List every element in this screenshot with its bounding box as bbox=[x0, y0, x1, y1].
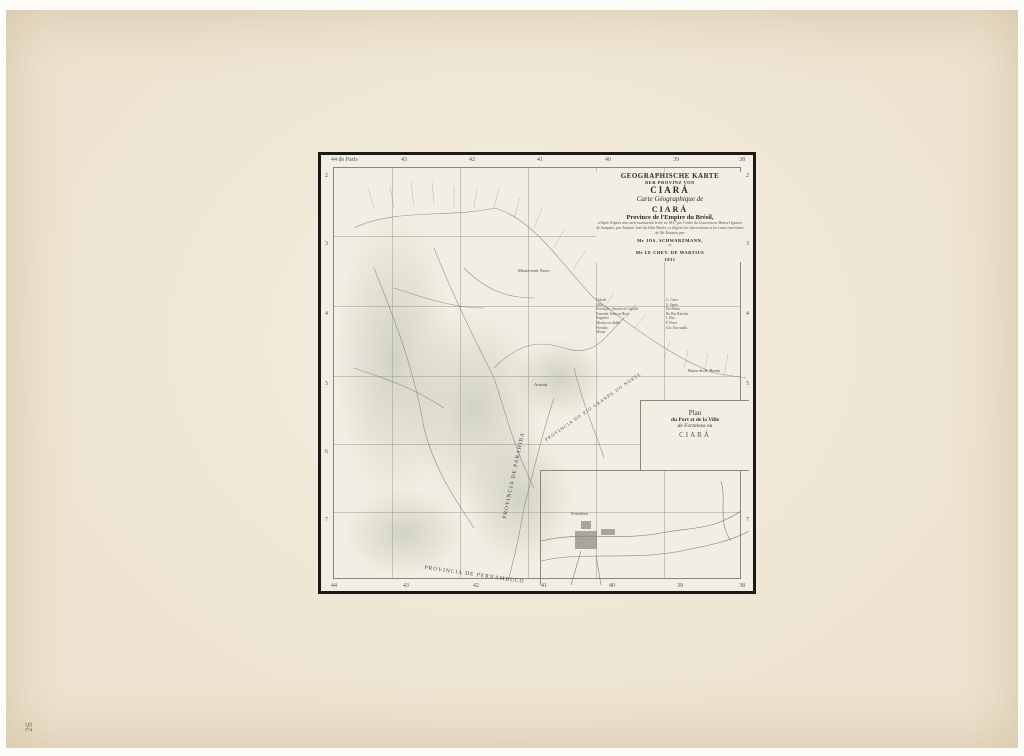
place-label: Aracati bbox=[534, 382, 547, 387]
map-neatline: Monte-mór Novo Aracati Barra do S. Bento… bbox=[333, 167, 741, 579]
lon-top-4: 40 bbox=[605, 157, 611, 163]
inset-title: Plan du Port et de la Ville de Fortaleza… bbox=[640, 400, 749, 471]
lon-top-6: 38 bbox=[739, 157, 745, 163]
lat-right-1: 3 bbox=[746, 241, 749, 247]
map-frame: 44 de Paris 43 42 41 40 39 38 44 43 42 4… bbox=[318, 152, 756, 594]
title-cartouche: GEOGRAPHISCHE KARTE DER PROVINZ VON CIAR… bbox=[596, 172, 744, 262]
place-label: Monte-mór Novo bbox=[518, 268, 550, 273]
lat-left-2: 4 bbox=[325, 311, 328, 317]
title-name-2: CIARÁ bbox=[596, 205, 744, 214]
lon-top-0: 44 de Paris bbox=[331, 157, 358, 163]
author-2: Mr LE CHEV. DE MARTIUS bbox=[596, 250, 744, 255]
lat-right-0: 2 bbox=[746, 173, 749, 179]
fortaleza-harbour-inset: Fortaleza bbox=[540, 470, 749, 585]
inset-title-line: Plan bbox=[641, 409, 749, 417]
lon-top-5: 39 bbox=[673, 157, 679, 163]
lat-left-3: 5 bbox=[325, 381, 328, 387]
title-german: GEOGRAPHISCHE KARTE bbox=[596, 172, 744, 180]
lat-right-3: 5 bbox=[746, 381, 749, 387]
title-body: rédigée d'après une carte manuscrite lev… bbox=[596, 221, 744, 236]
lat-left-0: 2 bbox=[325, 173, 328, 179]
place-label: Barra do S. Bento bbox=[688, 368, 720, 373]
lat-left-1: 3 bbox=[325, 241, 328, 247]
legend-item: Cor. Encruzilh. bbox=[666, 326, 736, 331]
lon-top-2: 42 bbox=[469, 157, 475, 163]
title-french: Carte Géographique de bbox=[596, 195, 744, 203]
lon-top-1: 43 bbox=[401, 157, 407, 163]
map-legend: Cidade Villa Povoação, Arraial ou Capell… bbox=[596, 298, 736, 335]
legend-item: Monte bbox=[596, 330, 666, 335]
title-province: Province de l'Empire du Brésil, bbox=[596, 214, 744, 221]
title-name: CIARÁ bbox=[596, 185, 744, 195]
pencil-inventory-mark: 26 bbox=[24, 722, 34, 732]
inset-title-line: CIARÁ bbox=[641, 431, 749, 439]
lat-left-4: 6 bbox=[325, 449, 328, 455]
place-label: Fortaleza bbox=[571, 511, 588, 516]
lat-right-2: 4 bbox=[746, 311, 749, 317]
lat-left-5: 7 bbox=[325, 517, 328, 523]
lon-top-3: 41 bbox=[537, 157, 543, 163]
year: 1831 bbox=[596, 257, 744, 262]
and-word: et bbox=[596, 243, 744, 248]
inset-title-line: de Fortaleza ou bbox=[641, 423, 749, 429]
